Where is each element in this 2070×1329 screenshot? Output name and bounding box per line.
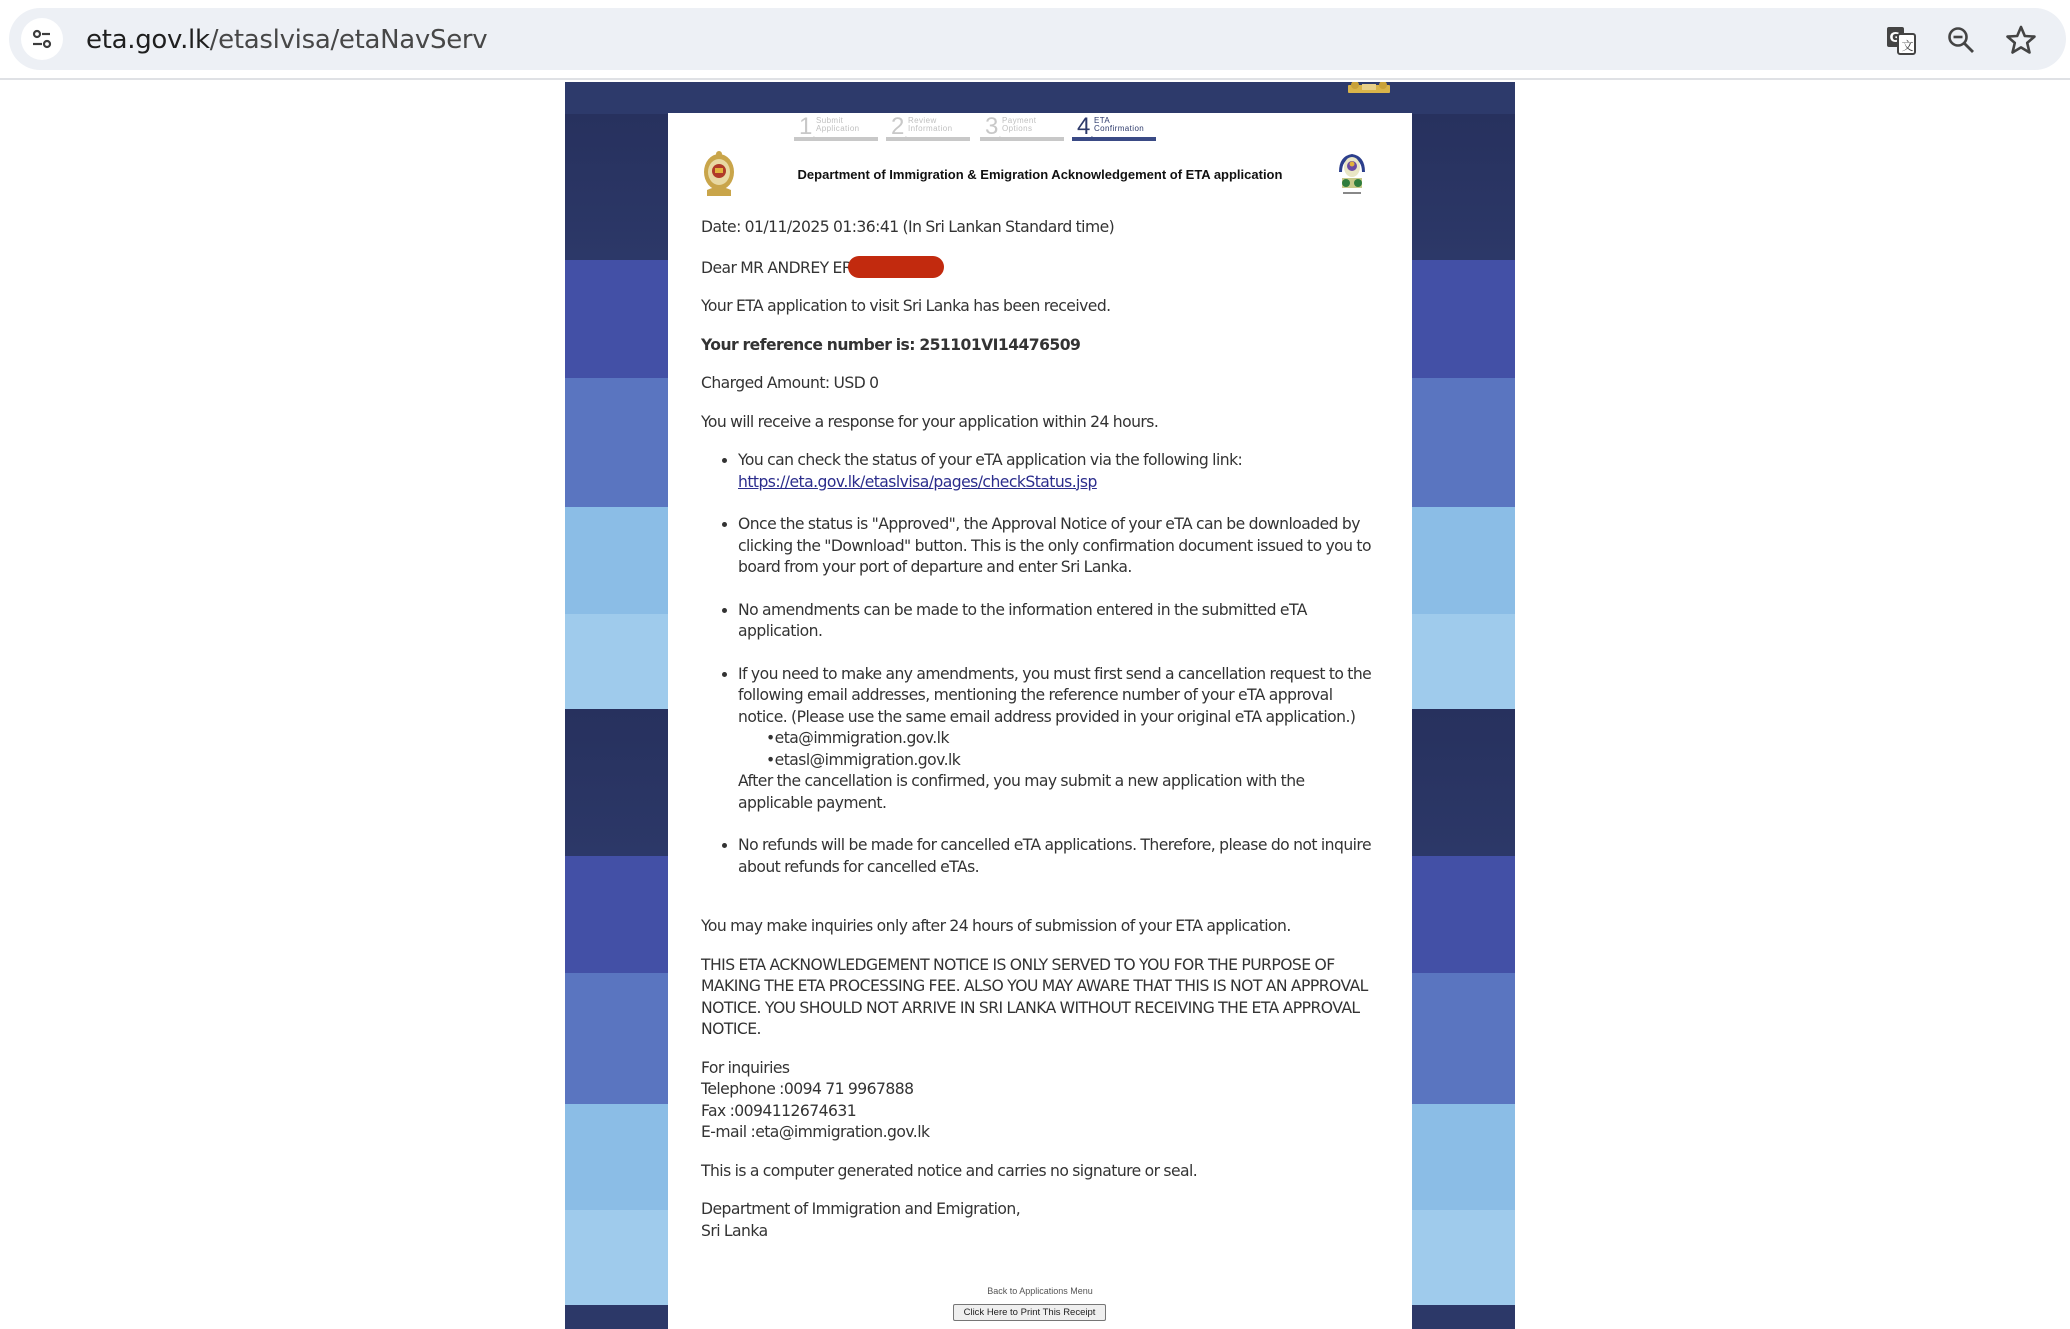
progress-steps: 1.SubmitApplication2.ReviewInformation3.… [668, 115, 1412, 145]
step-underline [1072, 137, 1156, 141]
back-to-applications-link[interactable]: Back to Applications Menu [987, 1286, 1093, 1296]
step-3: 3.PaymentOptions [980, 115, 1064, 145]
redacted-name-block [848, 256, 944, 278]
stripe-segment [1412, 614, 1515, 709]
step-label: PaymentOptions [1002, 117, 1036, 133]
stripe-segment [565, 709, 668, 856]
stripe-segment [565, 507, 668, 614]
stripe-segment [565, 614, 668, 709]
browser-toolbar: eta.gov.lk/etaslvisa/etaNavServ G 文 [0, 0, 2070, 80]
immigration-department-emblem-icon [1334, 150, 1370, 198]
svg-text:文: 文 [1902, 39, 1914, 53]
stripe-segment [1412, 82, 1515, 114]
stripe-segment [1412, 856, 1515, 973]
list-item-no-amendments: No amendments can be made to the informa… [738, 600, 1381, 643]
stripe-segment [565, 114, 668, 260]
stripe-segment [1412, 114, 1515, 260]
step-4: 4.ETAConfirmation [1072, 115, 1156, 145]
stripe-segment [565, 1104, 668, 1210]
stripe-segment [565, 378, 668, 507]
acknowledgement-body: Date: 01/11/2025 01:36:41 (In Sri Lankan… [701, 217, 1381, 1259]
step-underline [980, 137, 1064, 141]
translate-icon[interactable]: G 文 [1885, 24, 1917, 56]
step-1: 1.SubmitApplication [794, 115, 878, 145]
stripe-segment [565, 1305, 668, 1329]
check-status-text: You can check the status of your eTA app… [738, 451, 1242, 469]
contact-email: E-mail :eta@immigration.gov.lk [701, 1123, 929, 1141]
acknowledgement-panel: 1.SubmitApplication2.ReviewInformation3.… [668, 82, 1412, 1329]
step-underline [886, 137, 970, 141]
list-item-approved: Once the status is "Approved", the Appro… [738, 514, 1381, 579]
step-label: ReviewInformation [908, 117, 952, 133]
url-path: /etaslvisa/etaNavServ [210, 25, 488, 55]
address-bar[interactable]: eta.gov.lk/etaslvisa/etaNavServ G 文 [9, 8, 2066, 70]
instructions-list: You can check the status of your eTA app… [701, 450, 1381, 878]
after-cancellation-text: After the cancellation is confirmed, you… [738, 772, 1305, 812]
step-2: 2.ReviewInformation [886, 115, 970, 145]
stripe-segment [1412, 260, 1515, 378]
footer-links: Back to Applications Menu [668, 1279, 1412, 1298]
stripe-segment [1412, 973, 1515, 1104]
stripe-segment [1412, 378, 1515, 507]
right-decorative-stripes [1412, 82, 1515, 1329]
url-host: eta.gov.lk [86, 25, 210, 55]
inquiries-after: You may make inquiries only after 24 hou… [701, 916, 1381, 938]
stripe-segment [565, 1210, 668, 1305]
date-line: Date: 01/11/2025 01:36:41 (In Sri Lankan… [701, 217, 1381, 239]
step-label: ETAConfirmation [1094, 117, 1144, 133]
site-info-icon[interactable] [21, 18, 63, 60]
amendments-text: If you need to make any amendments, you … [738, 665, 1371, 726]
reference-number: Your reference number is: 251101VI144765… [701, 335, 1381, 357]
contact-block: For inquiries Telephone :0094 71 9967888… [701, 1058, 1381, 1144]
salutation: Dear MR ANDREY ER [701, 256, 1381, 280]
stripe-segment [565, 973, 668, 1104]
charged-amount: Charged Amount: USD 0 [701, 373, 1381, 395]
stripe-segment [1412, 1210, 1515, 1305]
print-receipt-button[interactable]: Click Here to Print This Receipt [953, 1304, 1106, 1321]
step-underline [794, 137, 878, 141]
left-decorative-stripes [565, 82, 668, 1329]
stripe-segment [1412, 1305, 1515, 1329]
stripe-segment [565, 82, 668, 114]
contact-heading: For inquiries [701, 1059, 789, 1077]
step-label: SubmitApplication [816, 117, 860, 133]
list-item-no-refunds: No refunds will be made for cancelled eT… [738, 835, 1381, 878]
document-heading: Department of Immigration & Emigration A… [668, 150, 1412, 202]
response-time: You will receive a response for your app… [701, 412, 1381, 434]
list-item-amendments: If you need to make any amendments, you … [738, 664, 1381, 815]
email-list: eta@immigration.gov.lk etasl@immigration… [738, 728, 1381, 771]
email-item: eta@immigration.gov.lk [766, 728, 1381, 750]
stripe-segment [1412, 507, 1515, 614]
stripe-segment [565, 260, 668, 378]
signoff-line1: Department of Immigration and Emigration… [701, 1200, 1020, 1218]
bookmark-star-icon[interactable] [2005, 24, 2037, 56]
stripe-segment [1412, 709, 1515, 856]
signoff-line2: Sri Lanka [701, 1222, 768, 1240]
email-item: etasl@immigration.gov.lk [766, 750, 1381, 772]
computer-generated-note: This is a computer generated notice and … [701, 1161, 1381, 1183]
list-item-check-status: You can check the status of your eTA app… [738, 450, 1381, 493]
salutation-text: Dear MR ANDREY ER [701, 259, 852, 277]
document-title: Department of Immigration & Emigration A… [668, 167, 1412, 182]
panel-header-band [668, 82, 1412, 113]
url-text[interactable]: eta.gov.lk/etaslvisa/etaNavServ [86, 25, 487, 55]
header-gold-emblem-icon [1346, 82, 1392, 93]
stripe-segment [565, 856, 668, 973]
stripe-segment [1412, 1104, 1515, 1210]
notice-warning: THIS ETA ACKNOWLEDGEMENT NOTICE IS ONLY … [701, 955, 1381, 1041]
zoom-out-icon[interactable] [1945, 24, 1977, 56]
contact-telephone: Telephone :0094 71 9967888 [701, 1080, 914, 1098]
contact-fax: Fax :0094112674631 [701, 1102, 856, 1120]
received-line: Your ETA application to visit Sri Lanka … [701, 296, 1381, 318]
signoff: Department of Immigration and Emigration… [701, 1199, 1381, 1242]
check-status-link[interactable]: https://eta.gov.lk/etaslvisa/pages/check… [738, 473, 1097, 491]
